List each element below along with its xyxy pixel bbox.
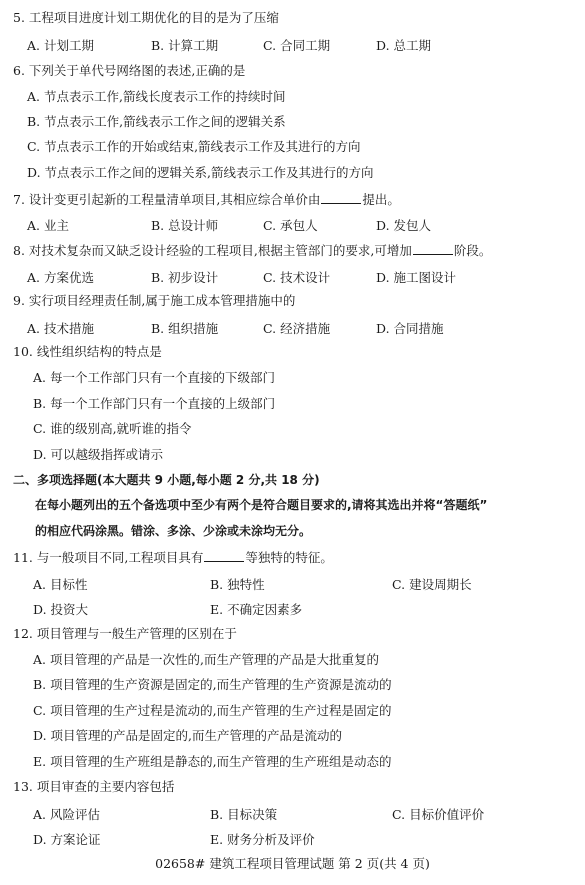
option-b: B. 目标决策 [210,805,277,823]
option-c: C. 承包人 [263,216,318,234]
question-6-option-b: B. 节点表示工作,箭线表示工作之间的逻辑关系 [27,114,286,130]
question-7-options: A. 业主 B. 总设计师 C. 承包人 D. 发包人 [0,216,585,232]
question-13-options-row2: D. 方案论证 E. 财务分析及评价 [0,830,585,846]
question-10-option-a: A. 每一个工作部门只有一个直接的下级部门 [33,370,275,386]
option-d: D. 发包人 [376,216,431,234]
option-c: C. 经济措施 [263,319,330,337]
option-c: C. 合同工期 [263,36,330,54]
question-13-options-row1: A. 风险评估 B. 目标决策 C. 目标价值评价 [0,805,585,821]
option-b: B. 初步设计 [151,268,218,286]
option-d: D. 总工期 [376,36,431,54]
option-d: D. 合同措施 [376,319,444,337]
option-c: C. 建设周期长 [392,575,472,593]
option-a: A. 目标性 [33,575,87,593]
question-5-options: A. 计划工期 B. 计算工期 C. 合同工期 D. 总工期 [0,36,585,52]
option-a: A. 技术措施 [27,319,94,337]
question-9-options: A. 技术措施 B. 组织措施 C. 经济措施 D. 合同措施 [0,319,585,335]
question-10-stem: 10. 线性组织结构的特点是 [13,344,162,360]
option-b: B. 独特性 [210,575,265,593]
question-12-option-d: D. 项目管理的产品是固定的,而生产管理的产品是流动的 [33,728,342,744]
question-7-stem: 7. 设计变更引起新的工程量清单项目,其相应综合单价由提出。 [13,191,400,208]
option-b: B. 组织措施 [151,319,218,337]
option-d: D. 方案论证 [33,830,101,848]
answer-blank [321,191,361,204]
question-6-option-a: A. 节点表示工作,箭线长度表示工作的持续时间 [27,89,285,105]
question-10-option-d: D. 可以越级指挥或请示 [33,447,163,463]
question-11-stem: 11. 与一般项目不同,工程项目具有等独特的特征。 [13,549,333,566]
question-11-options-row2: D. 投资大 E. 不确定因素多 [0,600,585,616]
question-5-stem: 5. 工程项目进度计划工期优化的目的是为了压缩 [13,10,279,26]
question-11-stem-after: 等独特的特征。 [245,550,333,565]
question-10-option-b: B. 每一个工作部门只有一个直接的上级部门 [33,396,275,412]
question-12-stem: 12. 项目管理与一般生产管理的区别在于 [13,626,237,642]
question-8-stem-before: 8. 对技术复杂而又缺乏设计经验的工程项目,根据主管部门的要求,可增加 [13,243,412,258]
option-a: A. 风险评估 [33,805,100,823]
question-12-option-a: A. 项目管理的产品是一次性的,而生产管理的产品是大批重复的 [33,652,379,668]
option-a: A. 业主 [27,216,69,234]
question-8-stem-after: 阶段。 [454,243,492,258]
option-e: E. 财务分析及评价 [210,830,315,848]
question-12-option-b: B. 项目管理的生产资源是固定的,而生产管理的生产资源是流动的 [33,677,392,693]
option-b: B. 总设计师 [151,216,218,234]
option-a: A. 方案优选 [27,268,94,286]
option-c: C. 目标价值评价 [392,805,484,823]
question-12-option-c: C. 项目管理的生产过程是流动的,而生产管理的生产过程是固定的 [33,703,392,719]
option-b: B. 计算工期 [151,36,218,54]
option-e: E. 不确定因素多 [210,600,302,618]
question-8-stem: 8. 对技术复杂而又缺乏设计经验的工程项目,根据主管部门的要求,可增加阶段。 [13,242,491,259]
page-footer: 02658# 建筑工程项目管理试题 第 2 页(共 4 页) [0,856,585,872]
section-2-instruction-1: 在每小题列出的五个备选项中至少有两个是符合题目要求的,请将其选出并将“答题纸” [35,497,487,513]
question-9-stem: 9. 实行项目经理责任制,属于施工成本管理措施中的 [13,293,295,309]
question-6-option-d: D. 节点表示工作之间的逻辑关系,箭线表示工作及其进行的方向 [27,165,374,181]
option-a: A. 计划工期 [27,36,94,54]
section-2-instruction-2: 的相应代码涂黑。错涂、多涂、少涂或未涂均无分。 [35,523,311,539]
answer-blank [413,242,453,255]
section-2-title: 二、多项选择题(本大题共 9 小题,每小题 2 分,共 18 分) [13,472,320,488]
question-11-options-row1: A. 目标性 B. 独特性 C. 建设周期长 [0,575,585,591]
question-7-stem-before: 7. 设计变更引起新的工程量清单项目,其相应综合单价由 [13,192,320,207]
question-12-option-e: E. 项目管理的生产班组是静态的,而生产管理的生产班组是动态的 [33,754,392,770]
question-6-stem: 6. 下列关于单代号网络图的表述,正确的是 [13,63,245,79]
question-10-option-c: C. 谁的级别高,就听谁的指令 [33,421,192,437]
option-c: C. 技术设计 [263,268,330,286]
question-8-options: A. 方案优选 B. 初步设计 C. 技术设计 D. 施工图设计 [0,268,585,284]
option-d: D. 投资大 [33,600,88,618]
question-13-stem: 13. 项目审查的主要内容包括 [13,779,174,795]
option-d: D. 施工图设计 [376,268,456,286]
question-11-stem-before: 11. 与一般项目不同,工程项目具有 [13,550,203,565]
question-6-option-c: C. 节点表示工作的开始或结束,箭线表示工作及其进行的方向 [27,139,361,155]
answer-blank [204,549,244,562]
question-7-stem-after: 提出。 [362,192,400,207]
